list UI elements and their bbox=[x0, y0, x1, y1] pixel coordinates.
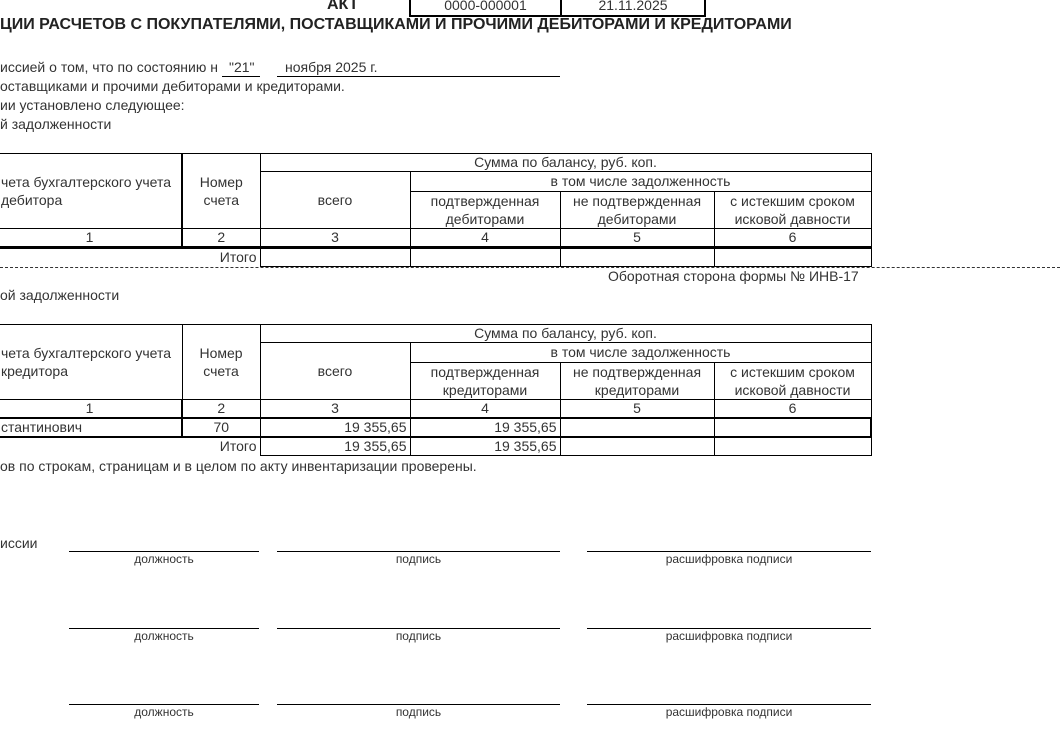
decoding-label-2: расшифровка подписи bbox=[587, 629, 871, 643]
debtor-total-sum bbox=[260, 248, 410, 267]
debtor-section-title: й задолженности bbox=[0, 116, 111, 132]
debtor-col1-header-line1: чета бухгалтерского учета bbox=[1, 174, 171, 190]
debtor-table: чета бухгалтерского учета дебитора Номер… bbox=[0, 153, 872, 267]
doc-date: 21.11.2025 bbox=[562, 0, 704, 15]
debtor-total-empty bbox=[0, 248, 182, 267]
creditor-col2-header-line2: счета bbox=[203, 363, 239, 379]
creditor-confirmed: 19 355,65 bbox=[410, 418, 560, 437]
creditor-total-sum: 19 355,65 bbox=[260, 437, 410, 456]
creditor-col1-header-line1: чета бухгалтерского учета bbox=[1, 345, 171, 361]
creditor-total-header: всего bbox=[260, 343, 410, 400]
debtor-col2-header-line2: счета bbox=[204, 192, 240, 208]
creditor-total-empty bbox=[0, 437, 182, 456]
debtor-col2-header-line1: Номер bbox=[200, 174, 243, 190]
document-title: ЦИИ РАСЧЕТОВ С ПОКУПАТЕЛЯМИ, ПОСТАВЩИКАМ… bbox=[0, 16, 792, 34]
intro-line1: иссией о том, что по состоянию н bbox=[0, 59, 218, 75]
creditor-table: чета бухгалтерского учета кредитора Номе… bbox=[0, 324, 872, 456]
creditor-col1-header: чета бухгалтерского учета кредитора bbox=[0, 325, 182, 400]
creditor-colnum-2: 2 bbox=[182, 400, 260, 419]
creditor-unconfirmed-header: не подтвержденнаякредиторами bbox=[560, 363, 714, 400]
debtor-colnum-3: 3 bbox=[260, 229, 410, 248]
creditor-total-row: Итого 19 355,65 19 355,65 bbox=[0, 437, 871, 456]
creditor-colnum-6: 6 bbox=[714, 400, 871, 419]
creditor-colnum-1: 1 bbox=[0, 400, 182, 419]
debtor-total-header: всего bbox=[260, 172, 410, 229]
creditor-col2-header-line1: Номер bbox=[199, 345, 242, 361]
signature-label-2: подпись bbox=[277, 629, 560, 643]
decoding-label-1: расшифровка подписи bbox=[587, 552, 871, 566]
creditor-sum-header: Сумма по балансу, руб. коп. bbox=[260, 325, 871, 343]
intro-line2: оставщиками и прочими дебиторами и креди… bbox=[0, 78, 345, 94]
debtor-colnum-6: 6 bbox=[714, 229, 871, 248]
debtor-col1-header-line2: дебитора bbox=[1, 192, 62, 208]
creditor-confirmed-header: подтвержденнаякредиторами bbox=[410, 363, 560, 400]
debtor-total-unconfirmed bbox=[560, 248, 714, 267]
verification-text: ов по строкам, страницам и в целом по ак… bbox=[0, 458, 477, 474]
intro-line3: ии установлено следующее: bbox=[0, 97, 185, 113]
debtor-colnum-4: 4 bbox=[410, 229, 560, 248]
creditor-incl-header: в том числе задолженность bbox=[410, 343, 871, 363]
month-underline bbox=[277, 76, 560, 77]
creditor-expired bbox=[714, 418, 871, 437]
intro-day: "21" bbox=[229, 59, 255, 75]
debtor-col2-header: Номер счета bbox=[182, 154, 260, 229]
debtor-colnum-2: 2 bbox=[182, 229, 260, 248]
creditor-total-label: Итого bbox=[182, 437, 260, 456]
debtor-incl-header: в том числе задолженность bbox=[410, 172, 871, 192]
debtor-unconfirmed-header: не подтвержденнаядебиторами bbox=[560, 192, 714, 229]
intro-month-year: ноября 2025 г. bbox=[285, 59, 378, 75]
debtor-sum-header: Сумма по балансу, руб. коп. bbox=[260, 154, 871, 172]
creditor-colnum-3: 3 bbox=[260, 400, 410, 419]
position-label-2: должность bbox=[69, 629, 259, 643]
debtor-total-confirmed bbox=[410, 248, 560, 267]
position-label-3: должность bbox=[69, 705, 259, 719]
creditor-total-unconfirmed bbox=[560, 437, 714, 456]
creditor-row: стантинович 70 19 355,65 19 355,65 bbox=[0, 418, 871, 437]
creditor-name: стантинович bbox=[0, 418, 182, 437]
page-note: Оборотная сторона формы № ИНВ-17 bbox=[608, 268, 859, 284]
creditor-colnum-4: 4 bbox=[410, 400, 560, 419]
creditor-col2-header: Номер счета bbox=[182, 325, 260, 400]
creditor-col1-header-line2: кредитора bbox=[1, 363, 68, 379]
debtor-colnum-5: 5 bbox=[560, 229, 714, 248]
debtor-expired-header: с истекшим срокомисковой давности bbox=[714, 192, 871, 229]
commission-label: иссии bbox=[0, 535, 37, 551]
doc-number: 0000-000001 bbox=[411, 0, 562, 15]
creditor-account: 70 bbox=[182, 418, 260, 437]
signature-label-3: подпись bbox=[277, 705, 560, 719]
debtor-total-row: Итого bbox=[0, 248, 871, 267]
decoding-label-3: расшифровка подписи bbox=[587, 705, 871, 719]
page-break-line bbox=[0, 267, 1060, 268]
act-label: АКТ bbox=[327, 0, 359, 14]
creditor-total: 19 355,65 bbox=[260, 418, 410, 437]
debtor-colnum-1: 1 bbox=[0, 229, 182, 248]
debtor-total-expired bbox=[714, 248, 871, 267]
position-label-1: должность bbox=[69, 552, 259, 566]
creditor-expired-header: с истекшим срокомисковой давности bbox=[714, 363, 871, 400]
creditor-section-title: ой задолженности bbox=[0, 287, 119, 303]
creditor-total-confirmed: 19 355,65 bbox=[410, 437, 560, 456]
debtor-confirmed-header: подтвержденнаядебиторами bbox=[410, 192, 560, 229]
signature-label-1: подпись bbox=[277, 552, 560, 566]
doc-number-date-box: 0000-000001 21.11.2025 bbox=[409, 0, 706, 17]
debtor-total-label: Итого bbox=[182, 248, 260, 267]
creditor-colnum-5: 5 bbox=[560, 400, 714, 419]
creditor-unconfirmed bbox=[560, 418, 714, 437]
day-underline bbox=[222, 76, 260, 77]
creditor-total-expired bbox=[714, 437, 871, 456]
debtor-col1-header: чета бухгалтерского учета дебитора bbox=[0, 154, 182, 229]
